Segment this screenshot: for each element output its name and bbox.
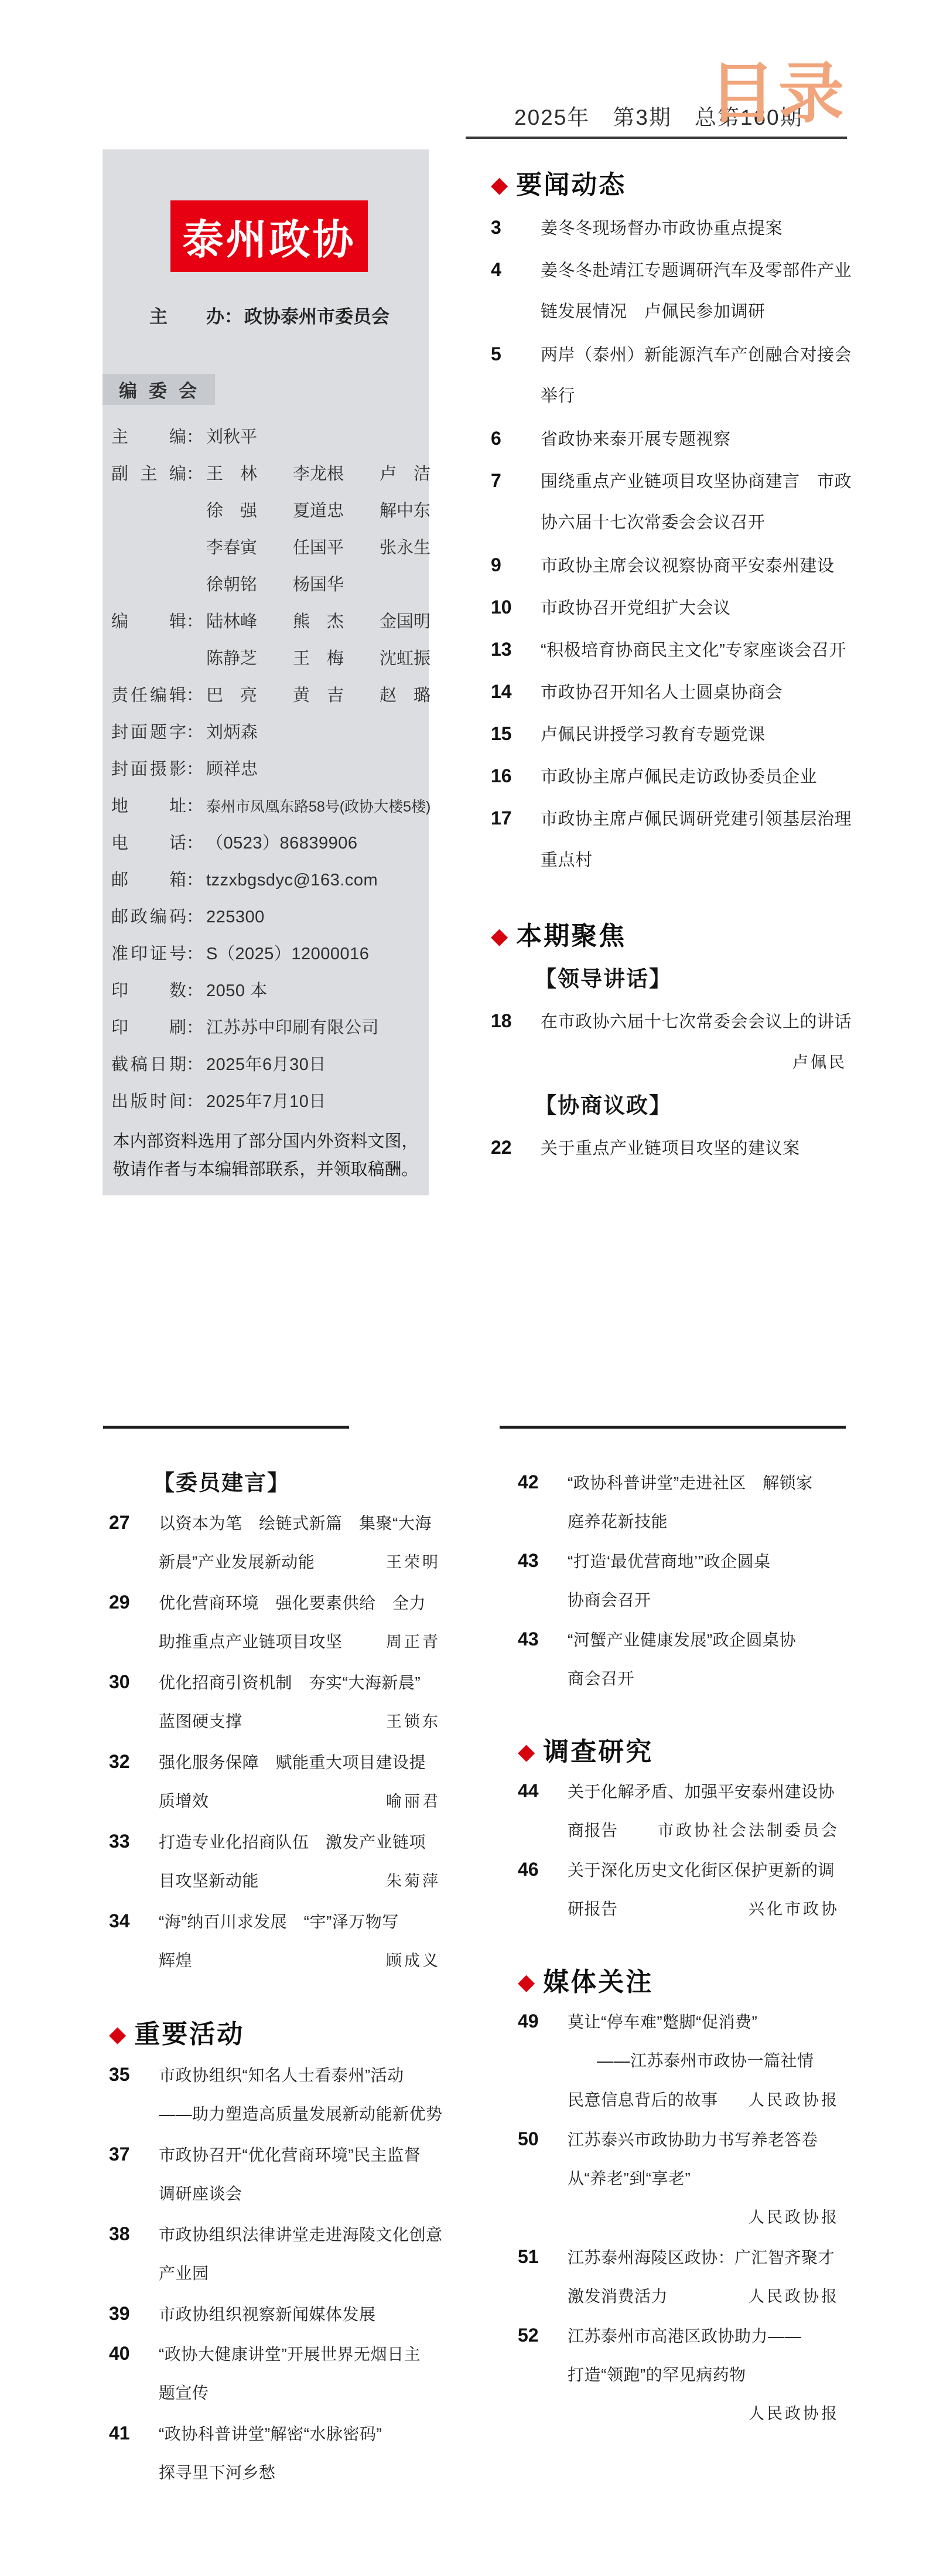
page-number: 35 — [109, 2054, 159, 2094]
entry-title: 重点村 — [541, 839, 593, 881]
entry-title: 优化营商环境 强化要素供给 全力 — [159, 1583, 426, 1623]
masthead-row: 地址：泰州市凤凰东路58号(政协大楼5楼) — [111, 788, 422, 825]
field-value: 225300 — [206, 908, 265, 926]
page-number: 5 — [491, 333, 541, 375]
entry-title: “积极培育协商民主文化”专家座谈会召开 — [541, 629, 846, 672]
page-number: 43 — [518, 1541, 568, 1580]
organizer-value: 政协泰州市委员会 — [244, 306, 389, 327]
toc-entry-line: 商报告市政协社会法制委员会 — [518, 1811, 839, 1850]
field-label: 印数 — [111, 973, 186, 1010]
field-values: 顾祥忠 — [206, 751, 258, 788]
field-value: 2025年6月30日 — [206, 1055, 326, 1074]
entry-title: 市政协召开党组扩大会议 — [541, 587, 731, 629]
section-heading: ◆媒体关注 — [518, 1962, 839, 2002]
toc-entry-line: 题宣传 — [109, 2373, 440, 2413]
toc-entry-line: 卢佩民 — [491, 1042, 847, 1084]
page-number: 29 — [109, 1582, 159, 1622]
toc-entry-line: 18在市政协六届十七次常委会会议上的讲话 — [491, 1000, 847, 1042]
entry-title: 省政协来泰开展专题视察 — [541, 418, 731, 461]
masthead-row: 印数：2050 本 — [111, 973, 422, 1010]
field-label: 印刷 — [111, 1010, 186, 1047]
toc-entry-line: 27以资本为笔 绘链式新篇 集聚“大海 — [109, 1502, 440, 1542]
toc-entry-line: 助推重点产业链项目攻坚周正青 — [109, 1622, 440, 1662]
author-name: 周正青 — [386, 1623, 440, 1662]
toc-entry-line: 30优化招商引资机制 夯实“大海新晨” — [109, 1662, 440, 1702]
toc-entry-line: 9市政协主席会议视察协商平安泰州建设 — [491, 544, 847, 586]
masthead-row: 副主编：王 林李龙根卢 洁 — [111, 456, 422, 493]
entry-title: 市政协组织“知名人士看泰州”活动 — [159, 2056, 404, 2095]
field-label: 主编 — [111, 419, 186, 456]
page-number: 14 — [491, 670, 541, 713]
field-label: 准印证号 — [111, 936, 186, 973]
section-rule-left — [103, 1426, 349, 1429]
toc-column-bottom-left: 【委员建言】27以资本为笔 绘链式新篇 集聚“大海新晨”产业发展新动能王荣明29… — [109, 1463, 440, 2493]
entry-title: 莫让“停车难”蹩脚“促消费” — [568, 2002, 757, 2042]
section-heading: ◆调查研究 — [518, 1732, 839, 1771]
toc-entry-line: 52江苏泰州市高港区政协助力—— — [518, 2316, 839, 2355]
page-number: 33 — [109, 1821, 159, 1861]
entry-title: 蓝图硬支撑 — [159, 1702, 242, 1742]
toc-entry-line: 人民政协报 — [518, 2394, 839, 2434]
toc-entry-line: 17市政协主席卢佩民调研党建引领基层治理 — [491, 797, 847, 839]
entry-title: 在市政协六届十七次常委会会议上的讲话 — [541, 1001, 852, 1043]
entry-title: 姜冬冬现场督办市政协重点提案 — [541, 207, 783, 250]
field-value: 2025年7月10日 — [206, 1092, 326, 1111]
field-colon: ： — [186, 714, 206, 751]
page-number: 9 — [491, 544, 541, 586]
toc-entry-line: 5两岸（泰州）新能源汽车产创融合对接会 — [491, 333, 847, 375]
toc-entry-line: 研报告兴化市政协 — [518, 1889, 839, 1928]
entry-title: 姜冬冬赴靖江专题调研汽车及零部件产业 — [541, 250, 852, 292]
entry-title: 关于化解矛盾、加强平安泰州建设协 — [568, 1772, 835, 1811]
name-cell: 金国明 — [380, 604, 466, 640]
toc-column-top-right: ◆要闻动态3姜冬冬现场督办市政协重点提案4姜冬冬赴靖江专题调研汽车及零部件产业链… — [491, 164, 847, 1168]
field-colon: ： — [186, 604, 206, 640]
page-number: 51 — [518, 2237, 568, 2277]
entry-title: “政协大健康讲堂”开展世界无烟日主 — [159, 2335, 421, 2374]
name-cell: 黄 吉 — [293, 677, 380, 714]
page-number: 4 — [491, 248, 541, 291]
author-name: 人民政协报 — [749, 2198, 839, 2237]
entry-title: 打造专业化招商队伍 激发产业链项 — [159, 1822, 426, 1862]
field-values: 江苏苏中印刷有限公司 — [206, 1010, 379, 1047]
toc-entry-line: 46关于深化历史文化街区保护更新的调 — [518, 1850, 839, 1889]
field-values: 刘炳森 — [206, 714, 258, 751]
page-number: 42 — [518, 1463, 568, 1502]
author-name: 人民政协报 — [749, 2277, 839, 2316]
author-name: 顾成义 — [386, 1941, 440, 1981]
toc-entry-line: 举行 — [491, 375, 847, 417]
section-title: 要闻动态 — [516, 164, 626, 206]
entry-title: 目攻坚新动能 — [159, 1861, 259, 1901]
toc-entry-line: 7围绕重点产业链项目攻坚协商建言 市政 — [491, 459, 847, 502]
entry-title: 卢佩民讲授学习教育专题党课 — [541, 714, 766, 756]
section-title: 调查研究 — [543, 1732, 653, 1771]
page-number: 16 — [491, 755, 541, 797]
organizer-colon: ： — [224, 302, 244, 328]
masthead-row: 封面摄影：顾祥忠 — [111, 751, 422, 788]
field-values: 2050 本 — [206, 973, 268, 1010]
page-number: 46 — [518, 1850, 568, 1889]
masthead-row: 截稿日期：2025年6月30日 — [111, 1047, 422, 1083]
toc-entry-line: 辉煌顾成义 — [109, 1941, 440, 1981]
entry-title: 以资本为笔 绘链式新篇 集聚“大海 — [159, 1504, 432, 1543]
masthead-row: 准印证号：S（2025）12000016 — [111, 936, 422, 973]
name-cell: 杨国华 — [293, 567, 380, 604]
masthead-row: 邮箱：tzzxbgsdyc@163.com — [111, 862, 422, 899]
entry-title: 新晨”产业发展新动能 — [159, 1542, 315, 1582]
entry-title: 市政协主席卢佩民走访政协委员企业 — [541, 756, 817, 798]
field-label: 封面题字 — [111, 714, 186, 751]
field-colon: ： — [186, 862, 206, 899]
entry-title: 两岸（泰州）新能源汽车产创融合对接会 — [541, 334, 852, 376]
author-name: 人民政协报 — [749, 2394, 839, 2434]
toc-entry-line: 16市政协主席卢佩民走访政协委员企业 — [491, 755, 847, 797]
toc-entry-line: 协六届十七次常委会会议召开 — [491, 502, 847, 544]
field-label: 副主编 — [111, 456, 186, 493]
toc-entry-line: 39市政协组织视察新闻媒体发展 — [109, 2294, 440, 2333]
toc-entry-line: 调研座谈会 — [109, 2174, 440, 2214]
entry-title: 江苏泰兴市政协助力书写养老答卷 — [568, 2120, 818, 2159]
note-line: 敬请作者与本编辑部联系，并领取稿酬。 — [102, 1155, 429, 1183]
entry-title: 协商会召开 — [568, 1580, 651, 1620]
masthead-row: 邮政编码：225300 — [111, 899, 422, 936]
masthead-row: 印刷：江苏苏中印刷有限公司 — [111, 1010, 422, 1047]
entry-title: 助推重点产业链项目攻坚 — [159, 1622, 343, 1662]
page-number: 10 — [491, 586, 541, 628]
toc-entry-line: 10市政协召开党组扩大会议 — [491, 586, 847, 628]
entry-title: 调研座谈会 — [159, 2174, 242, 2214]
name-cell: 刘秋平 — [206, 419, 293, 456]
field-value: 2050 本 — [206, 982, 268, 1000]
diamond-icon: ◆ — [518, 1741, 535, 1763]
subsection-heading: 【协商议政】 — [491, 1084, 847, 1126]
author-name: 喻丽君 — [386, 1782, 440, 1822]
page-number: 22 — [491, 1126, 541, 1168]
toc-entry-line: 13“积极培育协商民主文化”专家座谈会召开 — [491, 628, 847, 670]
entry-title: 围绕重点产业链项目攻坚协商建言 市政 — [541, 461, 852, 503]
page-number: 3 — [491, 206, 541, 248]
toc-entry-line: 目攻坚新动能朱菊萍 — [109, 1861, 440, 1901]
field-colon: ： — [186, 1083, 206, 1120]
name-cell: 沈虹振 — [380, 640, 466, 677]
field-values: 巴 亮黄 吉赵 璐 — [206, 677, 466, 714]
entry-title: “打造‘最优营商地’”政企圆桌 — [568, 1542, 771, 1581]
field-colon: ： — [186, 788, 206, 825]
toc-entry-line: 蓝图硬支撑王锁东 — [109, 1702, 440, 1742]
toc-entry-line: 产业园 — [109, 2254, 440, 2294]
entry-title: 强化服务保障 赋能重大项目建设提 — [159, 1743, 426, 1783]
field-values: 刘秋平 — [206, 419, 293, 456]
entry-title: ——助力塑造高质量发展新动能新优势 — [159, 2094, 443, 2134]
entry-title: ——江苏泰州市政协一篇社情 — [568, 2041, 814, 2080]
page-number: 52 — [518, 2316, 568, 2355]
field-value: （0523）86839906 — [206, 834, 358, 853]
page-number: 39 — [109, 2294, 159, 2333]
toc-entry-line: 打造“领跑”的罕见病药物 — [518, 2355, 839, 2394]
toc-entry-line: 50江苏泰兴市政协助力书写养老答卷 — [518, 2120, 839, 2159]
name-cell: 陆林峰 — [206, 604, 293, 640]
field-value: tzzxbgsdyc@163.com — [206, 871, 378, 890]
name-cell: 任国平 — [293, 530, 380, 567]
entry-title: 题宣传 — [159, 2373, 209, 2413]
toc-entry-line: 38市政协组织法律讲堂走进海陵文化创意 — [109, 2214, 440, 2254]
board-band: 编委会 — [102, 374, 215, 405]
name-cell: 陈静芝 — [206, 640, 293, 677]
field-label: 截稿日期 — [111, 1047, 186, 1083]
toc-entry-line: 43“河蟹产业健康发展”政企圆桌协 — [518, 1620, 839, 1659]
field-values: （0523）86839906 — [206, 825, 358, 862]
toc-entry-line: ——江苏泰州市政协一篇社情 — [518, 2041, 839, 2080]
name-cell: 李龙根 — [293, 456, 380, 493]
entry-title: 商报告 — [568, 1811, 618, 1850]
page-number: 41 — [109, 2413, 159, 2453]
masthead-row: 徐 强夏道忠解中东 — [111, 493, 422, 530]
author-name: 人民政协报 — [749, 2081, 839, 2120]
field-values: 泰州市凤凰东路58号(政协大楼5楼) — [206, 788, 430, 826]
diamond-icon: ◆ — [518, 1971, 535, 1994]
field-label: 邮箱 — [111, 862, 186, 899]
field-values: S（2025）12000016 — [206, 936, 369, 973]
entry-title: 从“养老”到“享老” — [568, 2159, 691, 2198]
page-number: 43 — [518, 1620, 568, 1659]
masthead-row: 电话：（0523）86839906 — [111, 825, 422, 862]
toc-entry-line: 新晨”产业发展新动能王荣明 — [109, 1542, 440, 1582]
name-cell: 解中东 — [380, 493, 466, 530]
masthead-note: 本内部资料选用了部分国内外资料文图， 敬请作者与本编辑部联系，并领取稿酬。 — [102, 1127, 429, 1183]
toc-entry-line: 3姜冬冬现场督办市政协重点提案 — [491, 206, 847, 248]
toc-entry-line: 15卢佩民讲授学习教育专题党课 — [491, 713, 847, 755]
masthead-row: 封面题字：刘炳森 — [111, 714, 422, 751]
toc-entry-line: 协商会召开 — [518, 1580, 839, 1620]
entry-title: 优化招商引资机制 夯实“大海新晨” — [159, 1663, 421, 1703]
author-name: 王锁东 — [386, 1702, 440, 1742]
entry-title: 产业园 — [159, 2254, 209, 2294]
toc-entry-line: 35市政协组织“知名人士看泰州”活动 — [109, 2054, 440, 2094]
field-values: 225300 — [206, 899, 265, 936]
toc-entry-line: 从“养老”到“享老” — [518, 2159, 839, 2198]
entry-title: 激发消费活力 — [568, 2277, 668, 2316]
page-number: 7 — [491, 459, 541, 502]
page-number: 38 — [109, 2214, 159, 2254]
note-line: 本内部资料选用了部分国内外资料文图， — [102, 1127, 429, 1155]
entry-title: 市政协主席会议视察协商平安泰州建设 — [541, 545, 835, 587]
entry-title: 江苏泰州海陵区政协：广汇智齐聚才 — [568, 2238, 835, 2277]
name-cell: 巴 亮 — [206, 677, 293, 714]
entry-title: 市政协召开“优化营商环境”民主监督 — [159, 2135, 421, 2175]
entry-title: 商会召开 — [568, 1659, 634, 1698]
author-name: 朱菊萍 — [386, 1862, 440, 1902]
page-number: 50 — [518, 2120, 568, 2159]
field-colon: ： — [186, 936, 206, 973]
author-name: 卢佩民 — [792, 1042, 847, 1084]
diamond-icon: ◆ — [491, 925, 508, 948]
field-values: 2025年6月30日 — [206, 1047, 326, 1083]
page-number: 27 — [109, 1502, 159, 1542]
name-cell: 夏道忠 — [293, 493, 380, 530]
field-values: tzzxbgsdyc@163.com — [206, 862, 378, 899]
page-number: 34 — [109, 1901, 159, 1941]
entry-title: 庭养花新技能 — [568, 1502, 668, 1541]
toc-entry-line: 29优化营商环境 强化要素供给 全力 — [109, 1582, 440, 1622]
page-number: 13 — [491, 628, 541, 670]
field-label: 出版时间 — [111, 1083, 186, 1120]
field-colon: ： — [186, 899, 206, 936]
field-value: 江苏苏中印刷有限公司 — [206, 1018, 379, 1037]
field-label: 邮政编码 — [111, 899, 186, 936]
section-rule-right — [500, 1426, 846, 1429]
masthead-panel: 泰州政协 主办：政协泰州市委员会 编委会 主编：刘秋平副主编：王 林李龙根卢 洁… — [102, 149, 429, 1195]
name-cell: 卢 洁 — [380, 456, 466, 493]
toc-entry-line: 质增效喻丽君 — [109, 1781, 440, 1821]
toc-entry-line: 重点村 — [491, 839, 847, 881]
entry-title: 打造“领跑”的罕见病药物 — [568, 2355, 746, 2394]
entry-title: 关于重点产业链项目攻坚的建议案 — [541, 1127, 800, 1170]
toc-entry-line: 6省政协来泰开展专题视察 — [491, 417, 847, 459]
page-number: 49 — [518, 2002, 568, 2041]
field-values: 徐朝铭杨国华 — [206, 567, 380, 604]
entry-title: 市政协组织法律讲堂走进海陵文化创意 — [159, 2215, 443, 2255]
name-cell: 李春寅 — [206, 530, 293, 567]
entry-title: “海”纳百川求发展 “宇”泽万物写 — [159, 1902, 399, 1942]
name-cell: 王 林 — [206, 456, 293, 493]
entry-title: 江苏泰州市高港区政协助力—— — [568, 2316, 801, 2356]
field-colon: ： — [186, 751, 206, 788]
toc-entry-line: ——助力塑造高质量发展新动能新优势 — [109, 2094, 440, 2134]
field-label: 编辑 — [111, 604, 186, 640]
masthead-row: 责任编辑：巴 亮黄 吉赵 璐 — [111, 677, 422, 714]
field-values: 徐 强夏道忠解中东 — [206, 493, 466, 530]
name-cell: 熊 杰 — [293, 604, 380, 640]
toc-entry-line: 41“政协科普讲堂”解密“水脉密码” — [109, 2413, 440, 2453]
field-colon: ： — [186, 677, 206, 714]
toc-entry-line: 14市政协召开知名人士圆桌协商会 — [491, 670, 847, 713]
field-label: 地址 — [111, 788, 186, 825]
entry-title: 辉煌 — [159, 1941, 192, 1981]
name-cell: 徐朝铭 — [206, 567, 293, 604]
name-cell: 徐 强 — [206, 493, 293, 530]
toc-entry-line: 链发展情况 卢佩民参加调研 — [491, 291, 847, 333]
field-colon: ： — [186, 825, 206, 862]
toc-entry-line: 民意信息背后的故事人民政协报 — [518, 2080, 839, 2120]
section-heading: ◆本期聚焦 — [491, 915, 847, 958]
page-number: 40 — [109, 2333, 159, 2373]
entry-title: “河蟹产业健康发展”政企圆桌协 — [568, 1620, 796, 1660]
name-cell: 张永生 — [380, 530, 466, 567]
entry-title: 质增效 — [159, 1781, 209, 1821]
toc-entry-line: 42“政协科普讲堂”走进社区 解锁家 — [518, 1463, 839, 1502]
field-colon: ： — [186, 419, 206, 456]
toc-entry-line: 32强化服务保障 赋能重大项目建设提 — [109, 1742, 440, 1781]
masthead-row: 主编：刘秋平 — [111, 419, 422, 456]
page-number: 17 — [491, 797, 541, 839]
entry-title: 市政协召开知名人士圆桌协商会 — [541, 672, 783, 714]
toc-entry-line: 43“打造‘最优营商地’”政企圆桌 — [518, 1541, 839, 1580]
entry-title: 市政协组织视察新闻媒体发展 — [159, 2295, 376, 2335]
toc-entry-line: 探寻里下河乡愁 — [109, 2453, 440, 2493]
field-value: 泰州市凤凰东路58号(政协大楼5楼) — [206, 799, 430, 815]
section-title: 媒体关注 — [543, 1962, 653, 2002]
entry-title: “政协科普讲堂”解密“水脉密码” — [159, 2414, 382, 2454]
field-colon: ： — [186, 1010, 206, 1047]
page-number: 32 — [109, 1742, 159, 1781]
field-values: 陈静芝王 梅沈虹振 — [206, 640, 466, 677]
field-label: 责任编辑 — [111, 677, 186, 714]
toc-page: 2025年 第3期 总第160期 目录 泰州政协 主办：政协泰州市委员会 编委会… — [0, 0, 943, 2576]
field-label: 封面摄影 — [111, 751, 186, 788]
masthead-row: 徐朝铭杨国华 — [111, 567, 422, 604]
entry-title: 市政协主席卢佩民调研党建引领基层治理 — [541, 798, 852, 840]
toc-entry-line: 40“政协大健康讲堂”开展世界无烟日主 — [109, 2333, 440, 2373]
section-heading: ◆重要活动 — [109, 2015, 440, 2054]
toc-entry-line: 22关于重点产业链项目攻坚的建议案 — [491, 1126, 847, 1168]
field-label: 电话 — [111, 825, 186, 862]
section-title: 重要活动 — [134, 2015, 244, 2054]
author-name: 兴化市政协 — [749, 1890, 839, 1929]
toc-entry-line: 44关于化解矛盾、加强平安泰州建设协 — [518, 1771, 839, 1811]
organizer-line: 主办：政协泰州市委员会 — [149, 302, 389, 328]
field-value: 顾祥忠 — [206, 760, 258, 779]
subsection-heading: 【委员建言】 — [109, 1463, 440, 1502]
field-values: 王 林李龙根卢 洁 — [206, 456, 466, 493]
field-colon: ： — [186, 973, 206, 1010]
field-values: 陆林峰熊 杰金国明 — [206, 604, 466, 640]
entry-title: 举行 — [541, 375, 575, 417]
field-values: 李春寅任国平张永生 — [206, 530, 466, 567]
masthead-row: 陈静芝王 梅沈虹振 — [111, 640, 422, 677]
entry-title: 关于深化历史文化街区保护更新的调 — [568, 1851, 835, 1890]
masthead-rows: 主编：刘秋平副主编：王 林李龙根卢 洁徐 强夏道忠解中东李春寅任国平张永生徐朝铭… — [111, 419, 422, 1120]
page-title: 目录 — [709, 61, 848, 127]
toc-entry-line: 商会召开 — [518, 1659, 839, 1698]
journal-logo: 泰州政协 — [170, 200, 368, 272]
name-cell: 王 梅 — [293, 640, 380, 677]
toc-entry-line: 庭养花新技能 — [518, 1502, 839, 1541]
journal-logo-text: 泰州政协 — [183, 207, 356, 266]
entry-title: 协六届十七次常委会会议召开 — [541, 502, 766, 544]
toc-entry-line: 51江苏泰州海陵区政协：广汇智齐聚才 — [518, 2237, 839, 2277]
organizer-label: 主办 — [149, 302, 224, 328]
page-number: 18 — [491, 1000, 541, 1042]
masthead-row: 出版时间：2025年7月10日 — [111, 1083, 422, 1120]
field-values: 2025年7月10日 — [206, 1083, 326, 1120]
masthead-row: 编辑：陆林峰熊 杰金国明 — [111, 604, 422, 640]
toc-entry-line: 人民政协报 — [518, 2198, 839, 2237]
entry-title: 探寻里下河乡愁 — [159, 2453, 276, 2493]
author-name: 王荣明 — [386, 1543, 440, 1583]
page-number: 30 — [109, 1662, 159, 1702]
field-colon: ： — [186, 1047, 206, 1083]
toc-entry-line: 49莫让“停车难”蹩脚“促消费” — [518, 2002, 839, 2041]
diamond-icon: ◆ — [491, 174, 508, 196]
page-number: 15 — [491, 713, 541, 755]
entry-title: “政协科普讲堂”走进社区 解锁家 — [568, 1463, 813, 1502]
page-number: 6 — [491, 417, 541, 459]
field-value: S（2025）12000016 — [206, 945, 369, 963]
masthead-row: 李春寅任国平张永生 — [111, 530, 422, 567]
subsection-heading: 【领导讲话】 — [491, 958, 847, 1000]
entry-title: 民意信息背后的故事 — [568, 2080, 718, 2120]
diamond-icon: ◆ — [109, 2023, 126, 2046]
toc-entry-line: 37市政协召开“优化营商环境”民主监督 — [109, 2134, 440, 2174]
toc-entry-line: 激发消费活力人民政协报 — [518, 2277, 839, 2316]
name-cell: 赵 璐 — [380, 677, 466, 714]
page-number: 44 — [518, 1771, 568, 1811]
author-name: 市政协社会法制委员会 — [658, 1811, 839, 1851]
entry-title: 链发展情况 卢佩民参加调研 — [541, 291, 766, 333]
toc-entry-line: 34“海”纳百川求发展 “宇”泽万物写 — [109, 1901, 440, 1941]
field-value: 刘炳森 — [206, 723, 258, 742]
